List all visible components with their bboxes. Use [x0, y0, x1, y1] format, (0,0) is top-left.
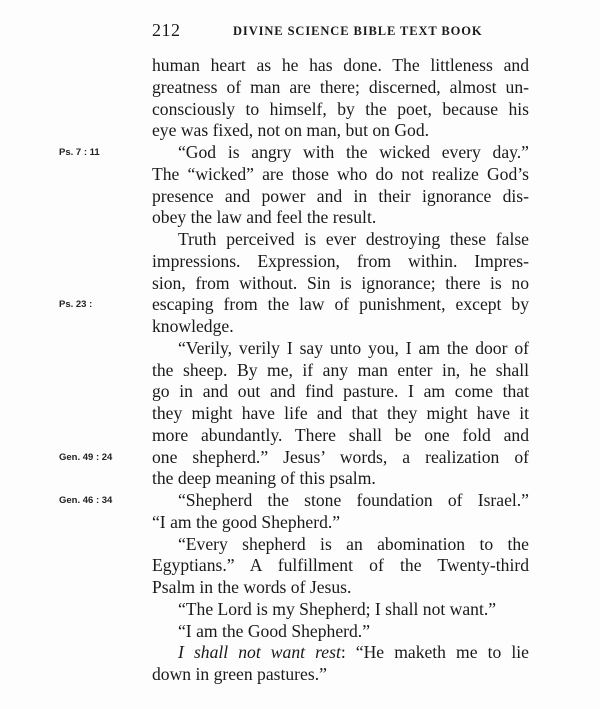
- line-text: the sheep. By me, if any man enter in, h…: [152, 360, 529, 380]
- line-text: “I am the Good Shepherd.”: [178, 621, 370, 641]
- line-text: knowledge.: [152, 316, 234, 336]
- line-text: “Verily, verily I say unto you, I am the…: [178, 338, 529, 358]
- line-text: they might have life and that they might…: [152, 403, 529, 423]
- line-text: more abundantly. There shall be one fold…: [152, 425, 529, 445]
- line-text: consciously to himself, by the poet, bec…: [152, 99, 529, 119]
- line-text: “Shepherd the stone foundation of Israel…: [178, 490, 529, 510]
- text-line: obey the law and feel the result.: [152, 207, 529, 229]
- line-text: eye was fixed, not on man, but on God.: [152, 120, 429, 140]
- margin-reference: Gen. 49 : 24: [59, 452, 112, 463]
- text-line: Truth perceived is ever destroying these…: [152, 229, 529, 251]
- running-head: DIVINE SCIENCE BIBLE TEXT BOOK: [233, 24, 483, 39]
- line-text: presence and power and in their ignoranc…: [152, 186, 529, 206]
- text-line: “The Lord is my Shepherd; I shall not wa…: [152, 599, 529, 621]
- line-text: Truth perceived is ever destroying these…: [178, 229, 529, 249]
- line-text: “I am the good Shepherd.”: [152, 512, 340, 532]
- text-line: The “wicked” are those who do not realiz…: [152, 164, 529, 186]
- text-line: the sheep. By me, if any man enter in, h…: [152, 360, 529, 382]
- text-line: “I am the Good Shepherd.”: [152, 621, 529, 643]
- text-line: they might have life and that they might…: [152, 403, 529, 425]
- text-line: I shall not want rest: “He maketh me to …: [152, 642, 529, 664]
- text-line: Psalm in the words of Jesus.: [152, 577, 529, 599]
- text-line: Egyptians.” A fulfillment of the Twenty-…: [152, 555, 529, 577]
- text-line: “God is angry with the wicked every day.…: [152, 142, 529, 164]
- line-text: the deep meaning of this psalm.: [152, 468, 376, 488]
- text-line: more abundantly. There shall be one fold…: [152, 425, 529, 447]
- text-line: knowledge.: [152, 316, 529, 338]
- line-text: : “He maketh me to lie: [341, 642, 529, 662]
- line-text: “God is angry with the wicked every day.…: [178, 142, 529, 162]
- text-line: escaping from the law of punishment, exc…: [152, 294, 529, 316]
- text-line: the deep meaning of this psalm.: [152, 468, 529, 490]
- text-line: “I am the good Shepherd.”: [152, 512, 529, 534]
- line-text: down in green pastures.”: [152, 664, 327, 684]
- line-text: “The Lord is my Shepherd; I shall not wa…: [178, 599, 496, 619]
- text-line: eye was fixed, not on man, but on God.: [152, 120, 529, 142]
- text-line: impressions. Expression, from within. Im…: [152, 251, 529, 273]
- line-text: go in and out and find pasture. I am com…: [152, 381, 529, 401]
- text-line: down in green pastures.”: [152, 664, 529, 686]
- text-line: consciously to himself, by the poet, bec…: [152, 99, 529, 121]
- text-line: greatness of man are there; discerned, a…: [152, 77, 529, 99]
- margin-reference: Gen. 46 : 34: [59, 495, 112, 506]
- text-line: one shepherd.” Jesus’ words, a realizati…: [152, 447, 529, 469]
- text-line: go in and out and find pasture. I am com…: [152, 381, 529, 403]
- text-line: sion, from without. Sin is ignorance; th…: [152, 273, 529, 295]
- text-line: presence and power and in their ignoranc…: [152, 186, 529, 208]
- line-text: one shepherd.” Jesus’ words, a realizati…: [152, 447, 529, 467]
- body-text: human heart as he has done. The littlene…: [152, 55, 529, 686]
- line-text: human heart as he has done. The littlene…: [152, 55, 529, 75]
- line-text: impressions. Expression, from within. Im…: [152, 251, 529, 271]
- text-line: “Verily, verily I say unto you, I am the…: [152, 338, 529, 360]
- margin-reference: Ps. 23 :: [59, 299, 92, 310]
- line-text: obey the law and feel the result.: [152, 207, 376, 227]
- text-line: “Shepherd the stone foundation of Israel…: [152, 490, 529, 512]
- text-line: human heart as he has done. The littlene…: [152, 55, 529, 77]
- line-text: Egyptians.” A fulfillment of the Twenty-…: [152, 555, 529, 575]
- text-line: “Every shepherd is an abomination to the: [152, 534, 529, 556]
- line-text: Psalm in the words of Jesus.: [152, 577, 351, 597]
- line-text: “Every shepherd is an abomination to the: [178, 534, 529, 554]
- italic-phrase: I shall not want rest: [178, 642, 341, 662]
- line-text: sion, from without. Sin is ignorance; th…: [152, 273, 529, 293]
- line-text: escaping from the law of punishment, exc…: [152, 294, 529, 314]
- page-header: 212 DIVINE SCIENCE BIBLE TEXT BOOK: [152, 20, 532, 44]
- margin-reference: Ps. 7 : 11: [59, 147, 100, 158]
- page-number: 212: [152, 20, 181, 41]
- line-text: greatness of man are there; discerned, a…: [152, 77, 529, 97]
- line-text: The “wicked” are those who do not realiz…: [152, 164, 529, 184]
- book-page: 212 DIVINE SCIENCE BIBLE TEXT BOOK Ps. 7…: [0, 0, 600, 709]
